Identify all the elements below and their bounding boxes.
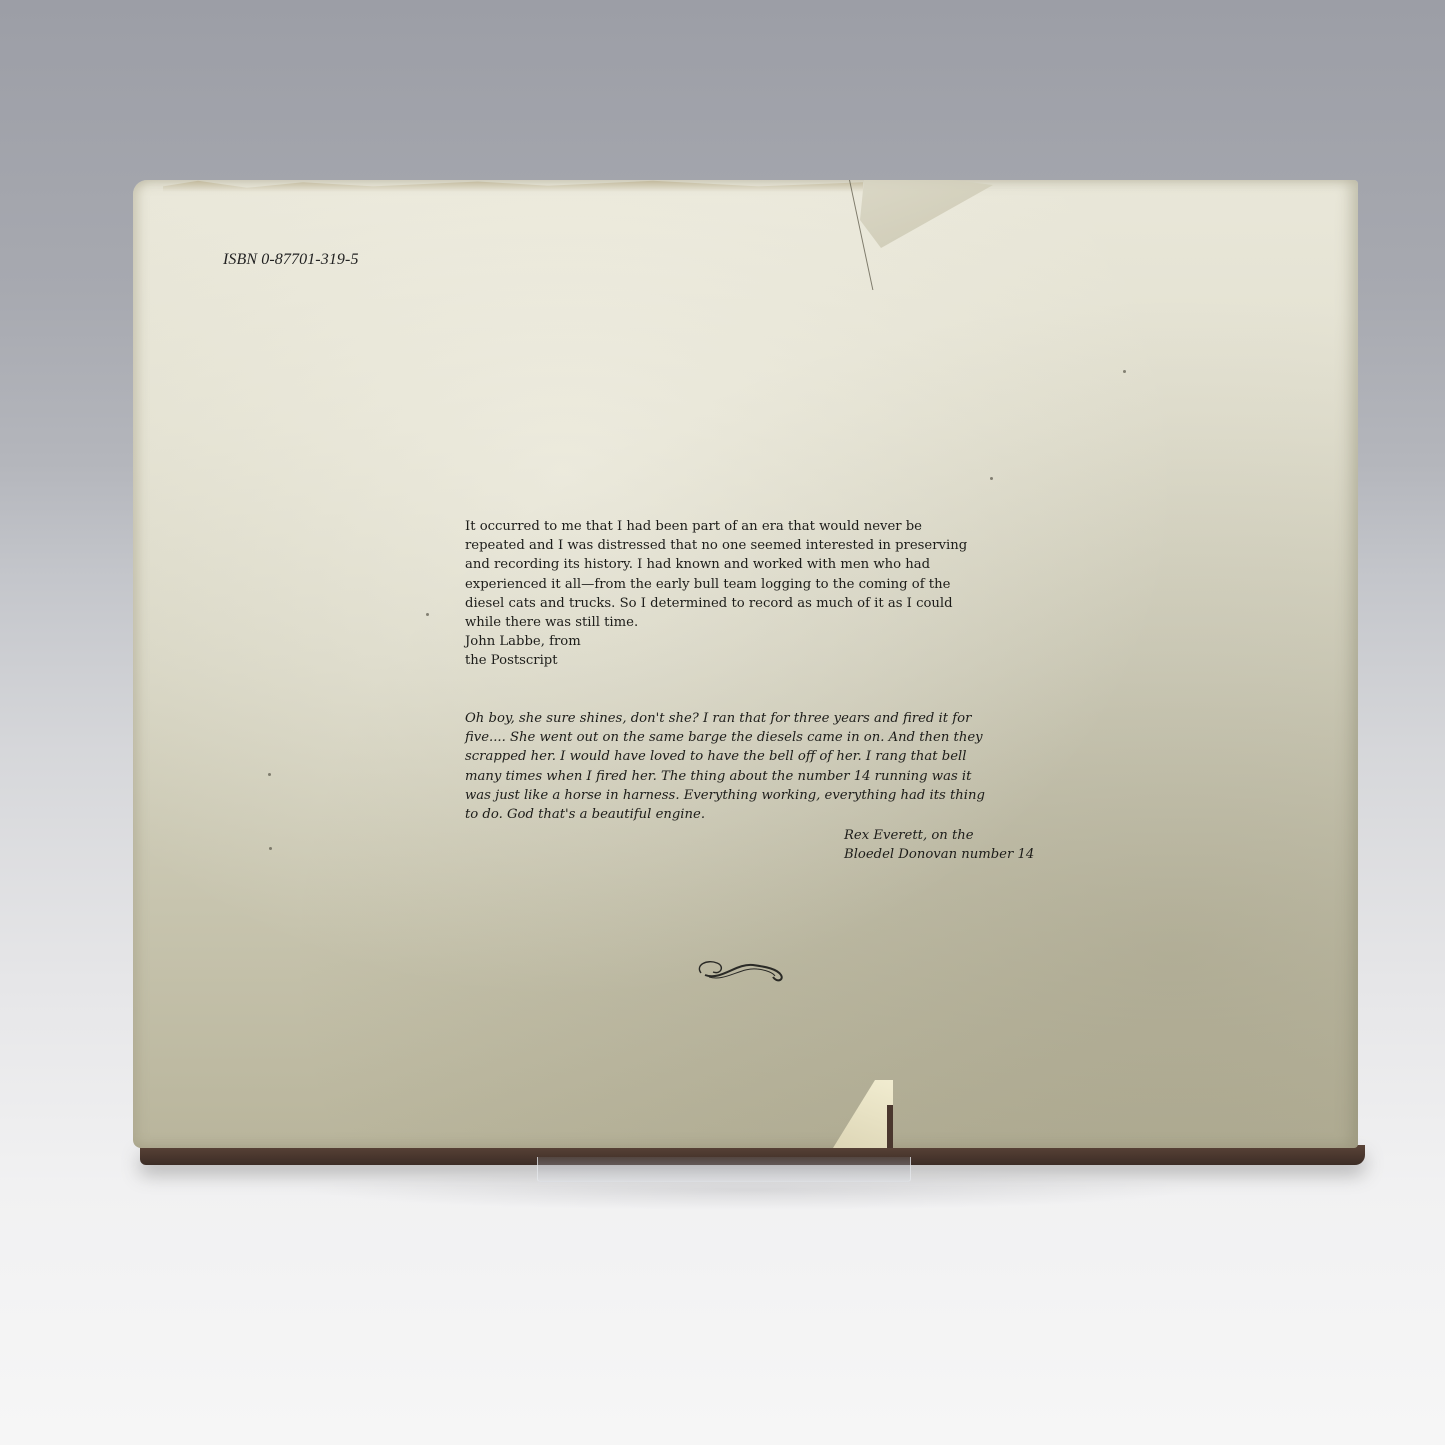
jacket-tear-notch [887, 1105, 893, 1148]
quote-attribution: Rex Everett, on the Bloedel Donovan numb… [844, 826, 1065, 864]
quote-text: It occurred to me that I had been part o… [465, 517, 1065, 632]
jacket-tear-bottom [833, 1080, 893, 1148]
quote-john-labbe: It occurred to me that I had been part o… [465, 517, 1065, 671]
stain-spot [1123, 370, 1126, 373]
photo-scene: ISBN 0-87701-319-5 It occurred to me tha… [0, 0, 1445, 1445]
jacket-edge-wear [163, 180, 863, 192]
dust-jacket-back-cover: ISBN 0-87701-319-5 It occurred to me tha… [133, 180, 1358, 1148]
quote-attribution: John Labbe, from the Postscript [465, 632, 1065, 670]
stain-spot [990, 477, 993, 480]
stain-spot [269, 847, 272, 850]
quote-rex-everett: Oh boy, she sure shines, don't she? I ra… [465, 709, 1065, 865]
stain-spot [268, 773, 271, 776]
acrylic-display-stand [537, 1157, 911, 1182]
stain-spot [426, 613, 429, 616]
flourish-icon [691, 955, 787, 985]
quote-text: Oh boy, she sure shines, don't she? I ra… [465, 709, 1065, 824]
isbn-label: ISBN 0-87701-319-5 [223, 251, 359, 269]
